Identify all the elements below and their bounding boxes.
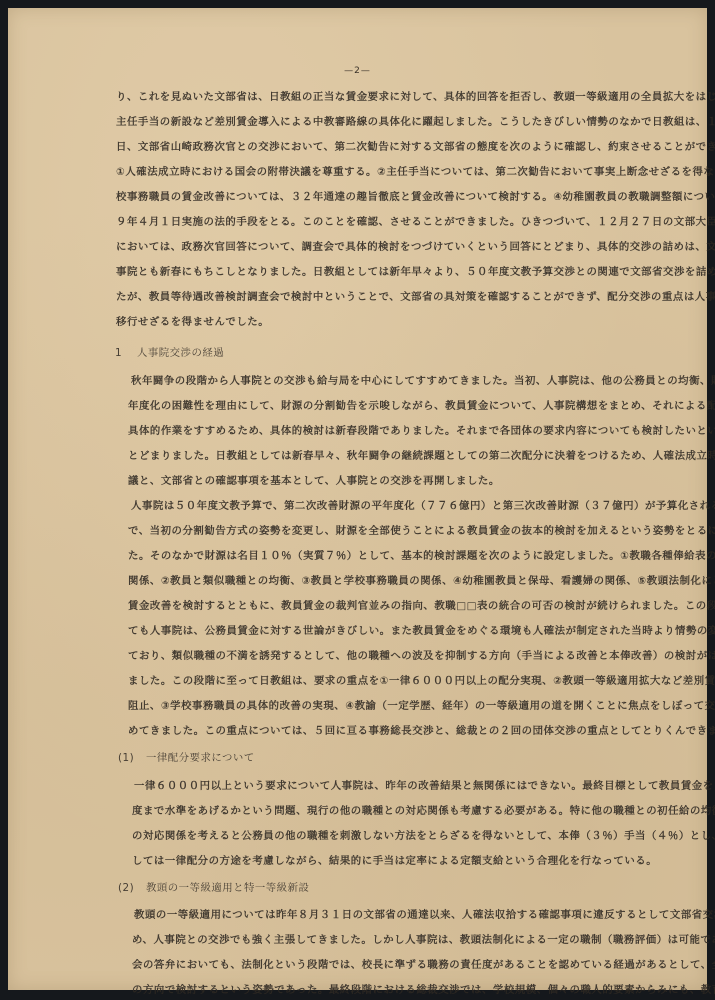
- text-line: の方向で検討するという姿勢であった。最終段階における総裁交渉では、学校規模、個々…: [132, 983, 692, 997]
- subsection-heading: (2)教頭の一等級適用と特一等級新設: [118, 881, 309, 895]
- text-line: 校事務職員の賃金改善については、３２年通達の趣旨徹底と賃金改善について検討する。…: [116, 190, 676, 204]
- text-line: 賃金改善を検討するとともに、教員賃金の裁判官並みの指向、教職□□表の統合の可否の…: [128, 599, 688, 613]
- section-number: 1: [115, 346, 137, 360]
- text-line: め、人事院との交渉でも強く主張してきました。しかし人事院は、教頭法制化による一定…: [132, 933, 692, 947]
- text-line: 具体的作業をすすめるため、具体的検討は新春段階でありました。それまで各団体の要求…: [128, 424, 688, 438]
- text-line: ており、類似職種の不満を誘発するとして、他の職種への波及を抑制する方向（手当によ…: [128, 649, 688, 663]
- text-line: 会の答弁においても、法制化という段階では、校長に準ずる職務の責任度があることを認…: [132, 958, 692, 972]
- text-line: の対応関係を考えると公務員の他の職種を刺激しない方法をとらざるを得ないとして、本…: [132, 829, 692, 843]
- text-line: しては一律配分の方途を考慮しながら、結果的に手当は定率による定額支給という合理化…: [132, 854, 692, 868]
- subsection-number: (2): [118, 881, 146, 895]
- text-line: 年度化の困難性を理由にして、財源の分割勧告を示唆しながら、教員賃金について、人事…: [128, 399, 688, 413]
- text-line: 関係、②教員と類似職種との均衡、③教員と学校事務職員の関係、④幼稚園教員と保母、…: [128, 574, 688, 588]
- text-line: ９年４月１日実施の法的手段をとる。このことを確認、させることができました。ひきつ…: [116, 215, 676, 229]
- subsection-heading: (1)一律配分要求について: [118, 751, 255, 765]
- text-line: 一律６０００円以上という要求について人事院は、昨年の改善結果と無関係にはできない…: [134, 779, 694, 793]
- text-line: 秋年闘争の段階から人事院との交渉も給与局を中心にしてすすめてきました。当初、人事…: [131, 374, 691, 388]
- text-line: 阻止、③学校事務職員の具体的改善の実現、④教諭（一定学歴、経年）の一等級適用の道…: [128, 699, 688, 713]
- text-line: ました。この段階に至って日教組は、要求の重点を①一律６０００円以上の配分実現、②…: [128, 674, 688, 688]
- subsection-number: (1): [118, 751, 146, 765]
- text-line: めてきました。この重点については、５回に亘る事務総長交渉と、総裁との２回の団体交…: [128, 724, 688, 738]
- text-line: 移行せざるを得ませんでした。: [116, 315, 676, 329]
- section-heading: 1人事院交渉の経過: [115, 346, 224, 360]
- subsection-title: 一律配分要求について: [146, 752, 255, 764]
- text-line: 人事院は５０年度文教予算で、第二次改善財源の平年度化（７７６億円）と第三次改善財…: [131, 499, 691, 513]
- page-number: —2—: [8, 66, 707, 76]
- text-line: 主任手当の新設など差別賃金導入による中教審路線の具体化に躍起しました。こうしたき…: [116, 115, 676, 129]
- text-line: ても人事院は、公務員賃金に対する世論がきびしい。また教員賃金をめぐる環境も人確法…: [128, 624, 688, 638]
- text-line: り、これを見ぬいた文部省は、日教組の正当な賃金要求に対して、具体的回答を拒否し、…: [116, 90, 676, 104]
- text-line: とどまりました。日教組としては新春早々、秋年闘争の継続課題としての第二次配分に決…: [128, 449, 688, 463]
- document-page: —2— り、これを見ぬいた文部省は、日教組の正当な賃金要求に対して、具体的回答を…: [8, 8, 707, 990]
- text-line: ①人確法成立時における国会の附帯決議を尊重する。②主任手当については、第二次勧告…: [116, 165, 676, 179]
- text-line: 教頭の一等級適用については昨年８月３１日の文部省の通達以来、人確法収拾する確認事…: [134, 908, 694, 922]
- text-line: 事院とも新春にもちこしとなりました。日教組としては新年早々より、５０年度文教予算…: [116, 265, 676, 279]
- text-line: 度まで水準をあげるかという問題、現行の他の職種との対応関係も考慮する必要がある。…: [132, 804, 692, 818]
- text-line: 日、文部省山崎政務次官との交渉において、第二次勧告に対する文部省の態度を次のよう…: [116, 140, 676, 154]
- text-line: たが、教員等待遇改善検討調査会で検討中ということで、文部省の具対策を確認すること…: [116, 290, 676, 304]
- text-line: で、当初の分割勧告方式の姿勢を変更し、財源を全部使うことによる教員賃金の抜本的検…: [128, 524, 688, 538]
- text-line: た。そのなかで財源は名目１０％（実質７％）として、基本的検討課題を次のように設定…: [128, 549, 688, 563]
- text-line: 議と、文部省との確認事項を基本として、人事院との交渉を再開しました。: [128, 474, 688, 488]
- section-title: 人事院交渉の経過: [137, 347, 224, 359]
- text-line: においては、政務次官回答について、調査会で具体的検討をつづけていくという回答にと…: [116, 240, 676, 254]
- subsection-title: 教頭の一等級適用と特一等級新設: [146, 882, 309, 894]
